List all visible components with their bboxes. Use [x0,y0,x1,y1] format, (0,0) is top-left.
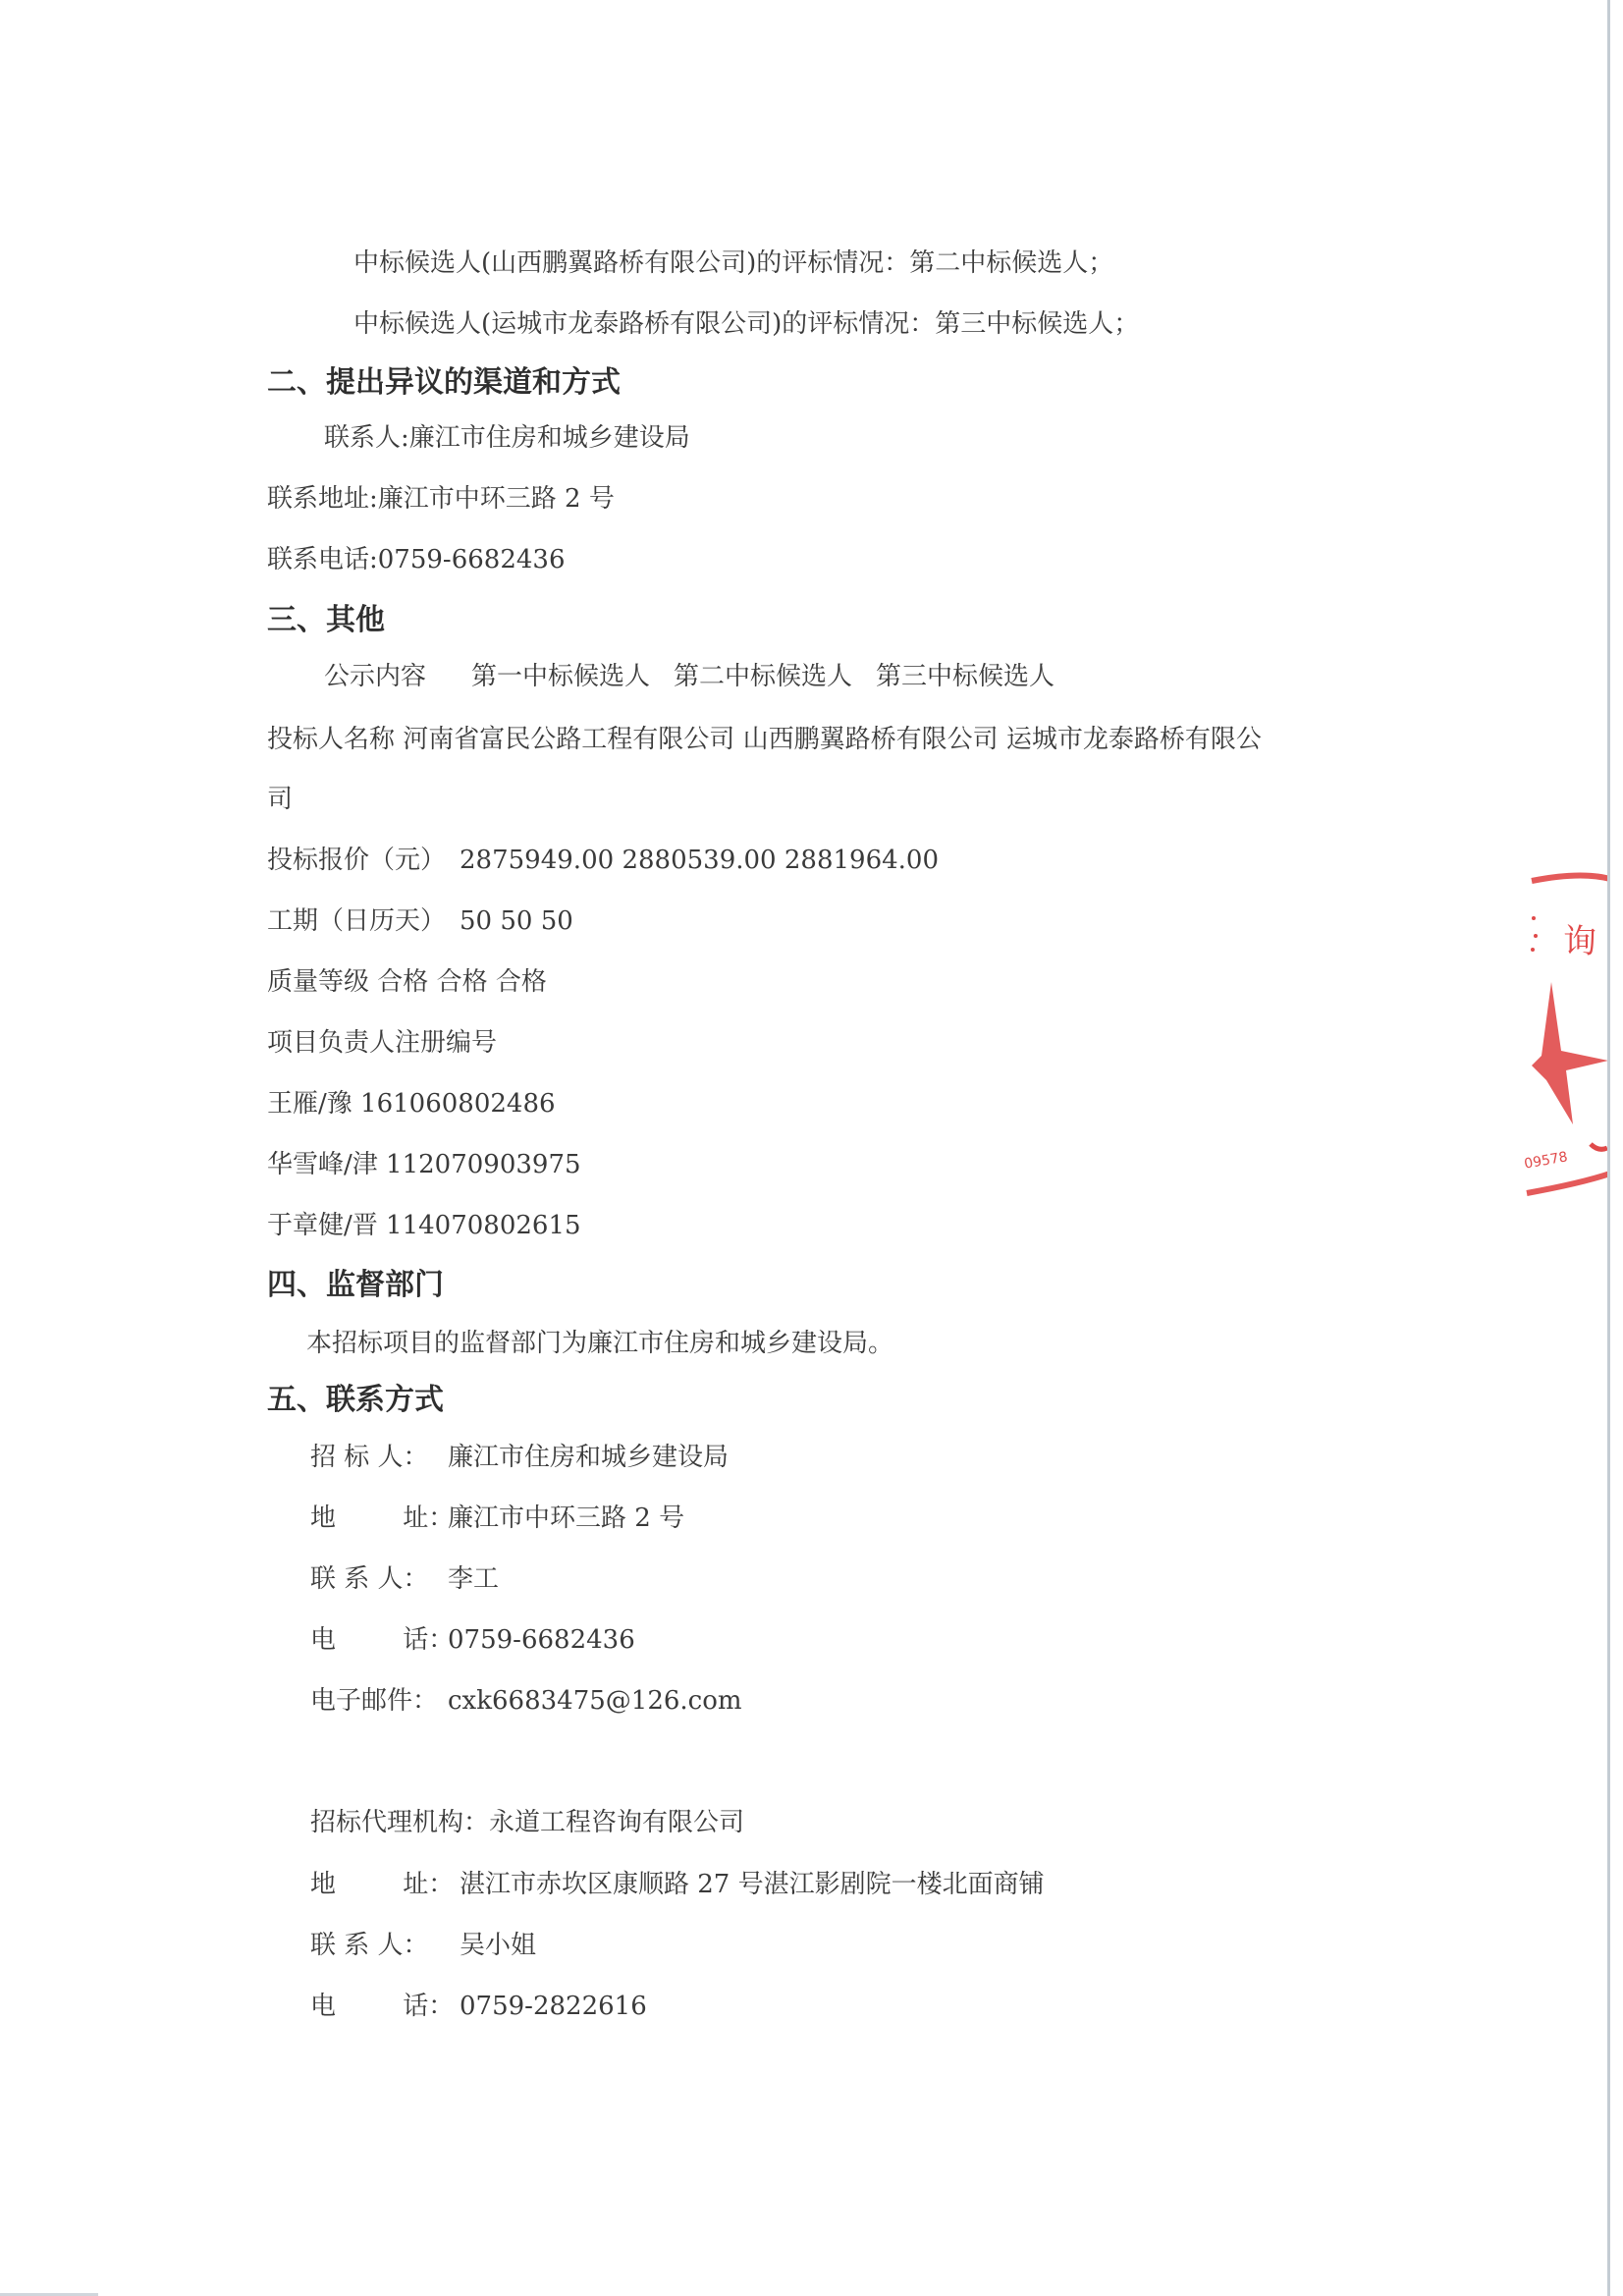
tenderer-name-row: 招 标 人：廉江市住房和城乡建设局 [310,1442,729,1473]
tenderer-contact: 李工 [448,1564,499,1594]
agency-phone: 0759-2822616 [460,1992,647,2021]
tenderer-phone: 0759-6682436 [448,1625,635,1655]
section-heading-objection: 二、提出异议的渠道和方式 [267,365,621,401]
agency-contact-row: 联 系 人：吴小姐 [310,1930,536,1961]
objection-contact-address: 联系地址:廉江市中环三路 2 号 [267,483,615,515]
tenderer-address-row: 地 址：廉江市中环三路 2 号 [310,1503,684,1534]
svg-text:09578: 09578 [1523,1149,1569,1172]
price-label: 投标报价（元） [267,846,446,875]
duration-first: 50 [460,906,492,936]
seal-icon: 询 09578 [1512,859,1610,1213]
duration-row: 工期（日历天）50 50 50 [267,905,573,937]
quality-second: 合格 [437,967,488,997]
bidder-third-part: 运城市龙泰路桥有限公 [1006,725,1262,754]
scan-edge-line [1607,0,1610,2296]
manager-second: 华雪峰/津 112070903975 [267,1149,581,1180]
agency-phone-row: 电 话：0759-2822616 [310,1991,647,2022]
bidder-label: 投标人名称 [267,725,395,754]
agency-phone-label: 电 话： [310,1991,460,2022]
agency-name: 永道工程咨询有限公司 [489,1808,744,1837]
eval-result-second: 中标候选人(山西鹏翼路桥有限公司)的评标情况：第二中标候选人； [353,247,1113,279]
agency-name-row: 招标代理机构：永道工程咨询有限公司 [310,1807,744,1838]
tenderer-email[interactable]: cxk6683475@126.com [448,1686,742,1716]
tenderer-email-row: 电子邮件：cxk6683475@126.com [310,1685,742,1717]
quality-first: 合格 [377,967,428,997]
agency-contact-label: 联 系 人： [310,1930,460,1961]
tenderer-address-label: 地 址： [310,1503,448,1534]
section-heading-contact: 五、联系方式 [267,1383,444,1418]
bidder-first: 河南省富民公路工程有限公司 [403,725,734,754]
tenderer-phone-label: 电 话： [310,1624,448,1656]
agency-name-label: 招标代理机构： [310,1808,489,1837]
price-third: 2881964.00 [784,846,939,875]
bid-price-row: 投标报价（元）2875949.00 2880539.00 2881964.00 [267,845,939,876]
tenderer-address: 廉江市中环三路 2 号 [448,1503,684,1533]
header-first-candidate: 第一中标候选人 [471,662,650,691]
tenderer-contact-row: 联 系 人：李工 [310,1563,499,1595]
quality-row: 质量等级 合格 合格 合格 [267,966,547,998]
eval-result-third: 中标候选人(运城市龙泰路桥有限公司)的评标情况：第三中标候选人； [353,308,1139,340]
manager-third: 于章健/晋 114070802615 [267,1210,581,1241]
agency-address-row: 地 址：湛江市赤坎区康顺路 27 号湛江影剧院一楼北面商铺 [310,1869,1045,1900]
section-heading-other: 三、其他 [267,603,385,638]
duration-label: 工期（日历天） [267,906,446,936]
tenderer-email-label: 电子邮件： [310,1685,448,1717]
manager-label: 项目负责人注册编号 [267,1027,497,1059]
objection-contact-person: 联系人:廉江市住房和城乡建设局 [324,422,690,454]
section-heading-supervision: 四、监督部门 [267,1268,444,1303]
price-first: 2875949.00 [460,846,614,875]
objection-contact-phone: 联系电话:0759-6682436 [267,544,566,575]
duration-third: 50 [541,906,573,936]
agency-address: 湛江市赤坎区康顺路 27 号湛江影剧院一楼北面商铺 [460,1870,1045,1899]
tenderer-phone-row: 电 话：0759-6682436 [310,1624,635,1656]
bidder-name-wrap: 司 [267,784,293,815]
manager-first: 王雁/豫 161060802486 [267,1088,556,1120]
agency-contact: 吴小姐 [460,1931,536,1960]
bidder-name-row: 投标人名称 河南省富民公路工程有限公司 山西鹏翼路桥有限公司 运城市龙泰路桥有限… [267,724,1262,755]
tenderer-name-label: 招 标 人： [310,1442,448,1473]
supervision-body: 本招标项目的监督部门为廉江市住房和城乡建设局。 [306,1328,893,1359]
tenderer-contact-label: 联 系 人： [310,1563,448,1595]
header-second-candidate: 第二中标候选人 [674,662,852,691]
header-content: 公示内容 [324,662,426,691]
publicity-header-row: 公示内容第一中标候选人第二中标候选人第三中标候选人 [324,661,1055,692]
agency-address-label: 地 址： [310,1869,460,1900]
header-third-candidate: 第三中标候选人 [876,662,1055,691]
quality-third: 合格 [496,967,547,997]
price-second: 2880539.00 [622,846,776,875]
bidder-second: 山西鹏翼路桥有限公司 [743,725,999,754]
quality-label: 质量等级 [267,967,369,997]
official-seal-stamp: 询 09578 [1512,859,1610,1213]
duration-second: 50 [500,906,532,936]
tenderer-name: 廉江市住房和城乡建设局 [448,1443,729,1472]
svg-text:询: 询 [1563,922,1596,961]
